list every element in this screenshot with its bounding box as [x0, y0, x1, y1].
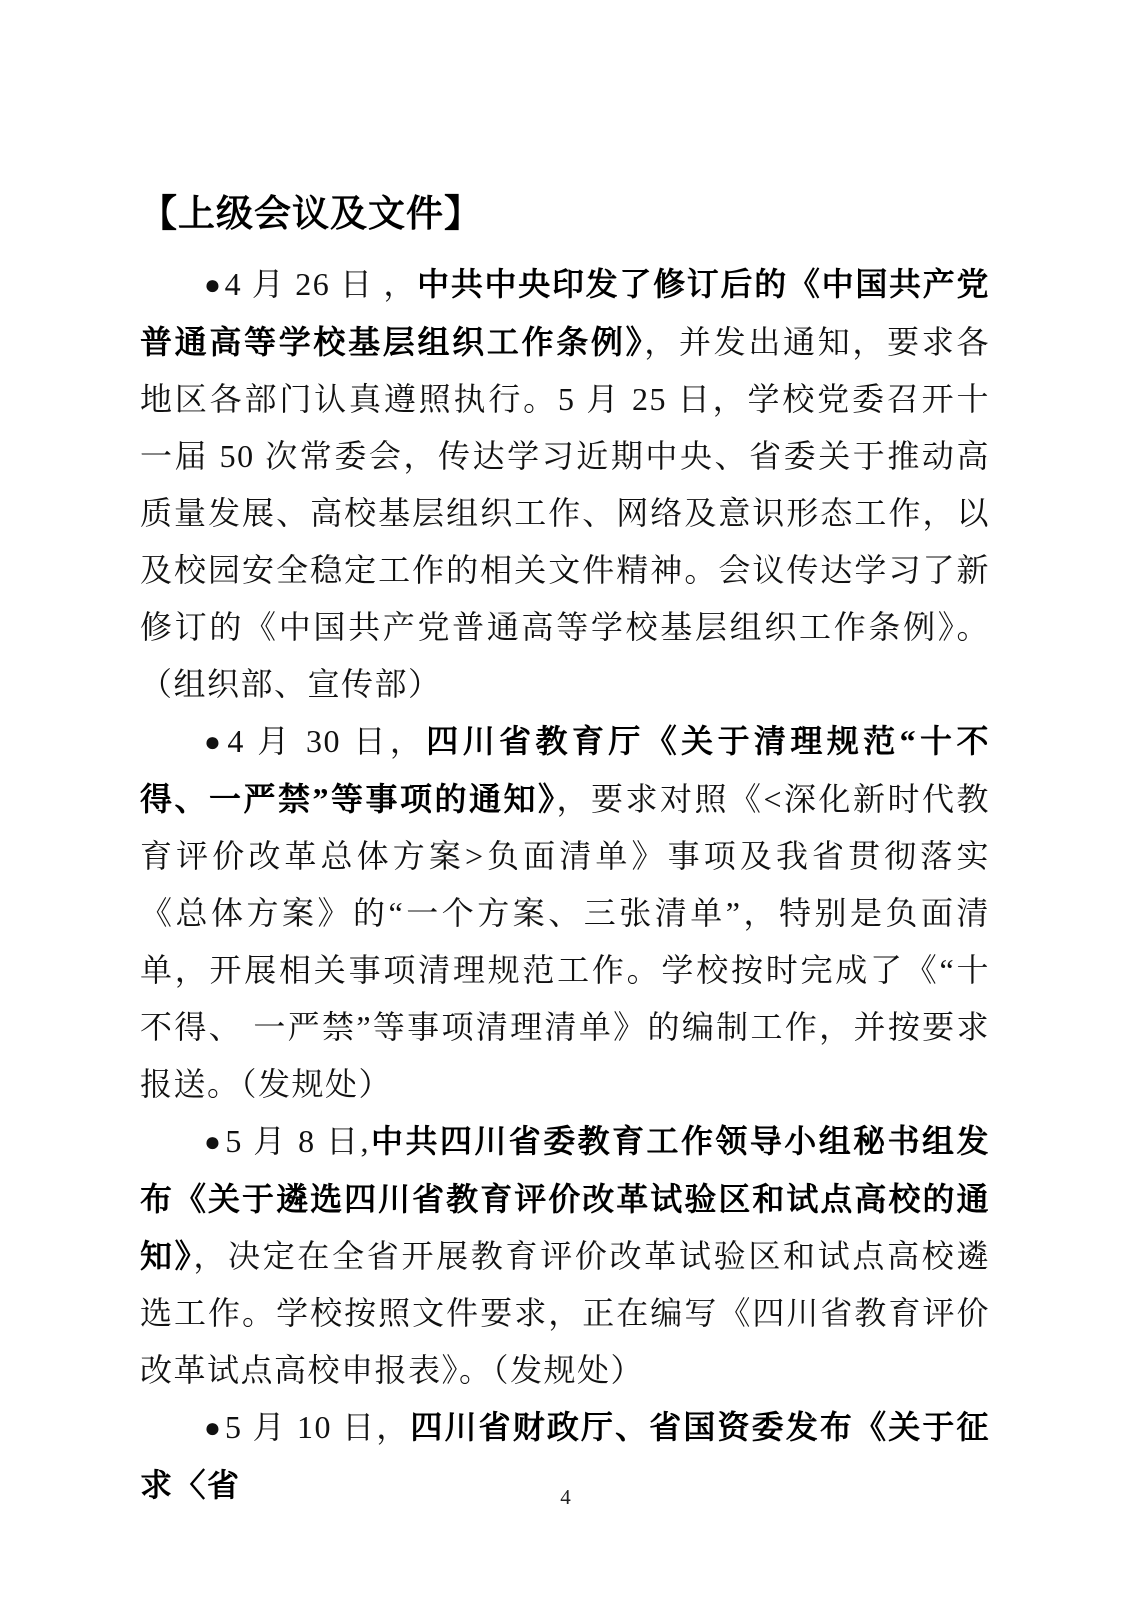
bullet-marker: ●	[204, 1127, 225, 1158]
text-segment: ，要求对照《<深化新时代教育评价改革总体方案>负面清单》事项及我省贯彻落实《总体…	[140, 781, 990, 1102]
page-footer: 4	[0, 1485, 1131, 1510]
text-segment: 5 月 8 日,	[225, 1123, 370, 1159]
text-segment: ，并发出通知，要求各地区各部门认真遵照执行。5 月 25 日，学校党委召开十一届…	[140, 324, 990, 702]
text-segment: 4 月 26 日 ，	[225, 266, 417, 302]
bullet-marker: ●	[204, 727, 227, 758]
bullet-marker: ●	[204, 1413, 225, 1444]
section-heading: 【上级会议及文件】	[140, 190, 990, 238]
bullet-marker: ●	[204, 270, 225, 301]
text-segment: ，决定在全省开展教育评价改革试验区和试点高校遴选工作。学校按照文件要求，正在编写…	[140, 1238, 990, 1388]
document-body: ●4 月 26 日 ，中共中央印发了修订后的《中国共产党普通高等学校基层组织工作…	[140, 256, 990, 1514]
text-segment: 4 月 30 日，	[227, 723, 426, 759]
text-segment: 5 月 10 日，	[225, 1409, 410, 1445]
document-page: 【上级会议及文件】 ●4 月 26 日 ，中共中央印发了修订后的《中国共产党普通…	[0, 0, 1131, 1600]
paragraph: ●4 月 26 日 ，中共中央印发了修订后的《中国共产党普通高等学校基层组织工作…	[140, 256, 990, 713]
paragraph: ●5 月 8 日,中共四川省委教育工作领导小组秘书组发布《关于遴选四川省教育评价…	[140, 1113, 990, 1399]
page-number: 4	[560, 1485, 571, 1509]
paragraph: ●4 月 30 日，四川省教育厅《关于清理规范“十不得、一严禁”等事项的通知》，…	[140, 713, 990, 1113]
